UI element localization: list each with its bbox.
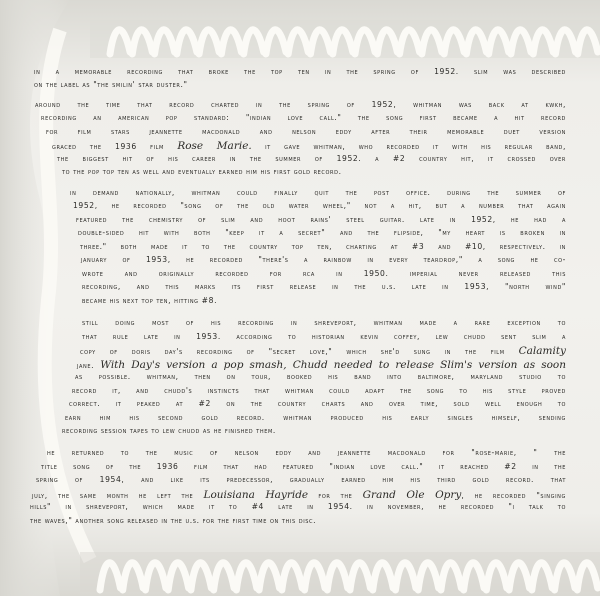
text-line: The Waves," another song released in the… (30, 517, 316, 525)
text-line: to the pop Top Ten as well and eventuall… (62, 168, 342, 176)
text-line: recording session tapes to Lew Chudd as … (62, 427, 276, 435)
text-line: became his next Top Ten, hitting #8. (82, 297, 217, 305)
italic-title: Grand Ole Opry (363, 489, 462, 501)
text-line: title song of the 1936 film that had fea… (41, 463, 566, 471)
text-line: record it, and Chudd's instincts that Wh… (72, 387, 566, 395)
text-line: Hills" in Shreveport, which made it to #… (30, 503, 566, 511)
text-line: graced the 1936 film Rose Marie. It gave… (52, 141, 566, 152)
text-line: for film stars Jeannette MacDonald and N… (46, 128, 566, 136)
text-line: recording, and this marks its first rele… (82, 283, 566, 291)
text-line: wrote and originally recorded for RCA in… (82, 270, 566, 278)
text-line: that rule late in 1953. According to his… (82, 333, 566, 341)
text-line: copy of Doris Day's recording of "Secret… (80, 346, 566, 357)
text-line: July, the same month he left the Louisia… (32, 490, 566, 501)
text-line: He returned to the music of Nelson Eddy … (47, 449, 566, 457)
text-line: as possible. Whitman, then on tour, book… (75, 373, 566, 381)
text-line: Still doing most of his recording in Shr… (82, 319, 566, 327)
liner-notes-text: In a memorable recording that broke the … (0, 0, 600, 596)
text-line: Jane. With Day's version a pop smash, Ch… (77, 360, 566, 371)
text-line: on the label as "The Smilin' Star Duster… (34, 81, 188, 89)
text-line: In demand nationally, Whitman could fina… (70, 189, 566, 197)
italic-title: With Day's version a pop smash, Chudd ne… (94, 359, 566, 371)
booklet-page: In a memorable recording that broke the … (0, 0, 600, 596)
text-line: correct. It peaked at #2 on the country … (69, 400, 566, 408)
text-line: January of 1953, he recorded "There's A … (81, 256, 566, 264)
text-line: double-sided hit with both "Keep It A Se… (78, 229, 566, 237)
text-line: In a memorable recording that broke the … (34, 68, 566, 76)
text-line: featured the chemistry of Slim and Hoot … (76, 216, 566, 224)
text-line: 1952, he recorded "Song of the Old Water… (73, 202, 566, 210)
italic-title: Louisiana Hayride (203, 489, 308, 501)
text-line: Around the time that record charted in t… (35, 101, 566, 109)
italic-title: Rose Marie. (177, 140, 251, 152)
text-line: earn him his second Gold Record. Whitman… (65, 414, 566, 422)
italic-title: Calamity (519, 345, 566, 357)
text-line: recording an American pop standard: "Ind… (41, 114, 566, 122)
text-line: Three." Both made it to the country Top … (80, 243, 566, 251)
text-line: the biggest hit of his career in the sum… (57, 155, 566, 163)
text-line: spring of 1954, and like its predecessor… (36, 476, 566, 484)
